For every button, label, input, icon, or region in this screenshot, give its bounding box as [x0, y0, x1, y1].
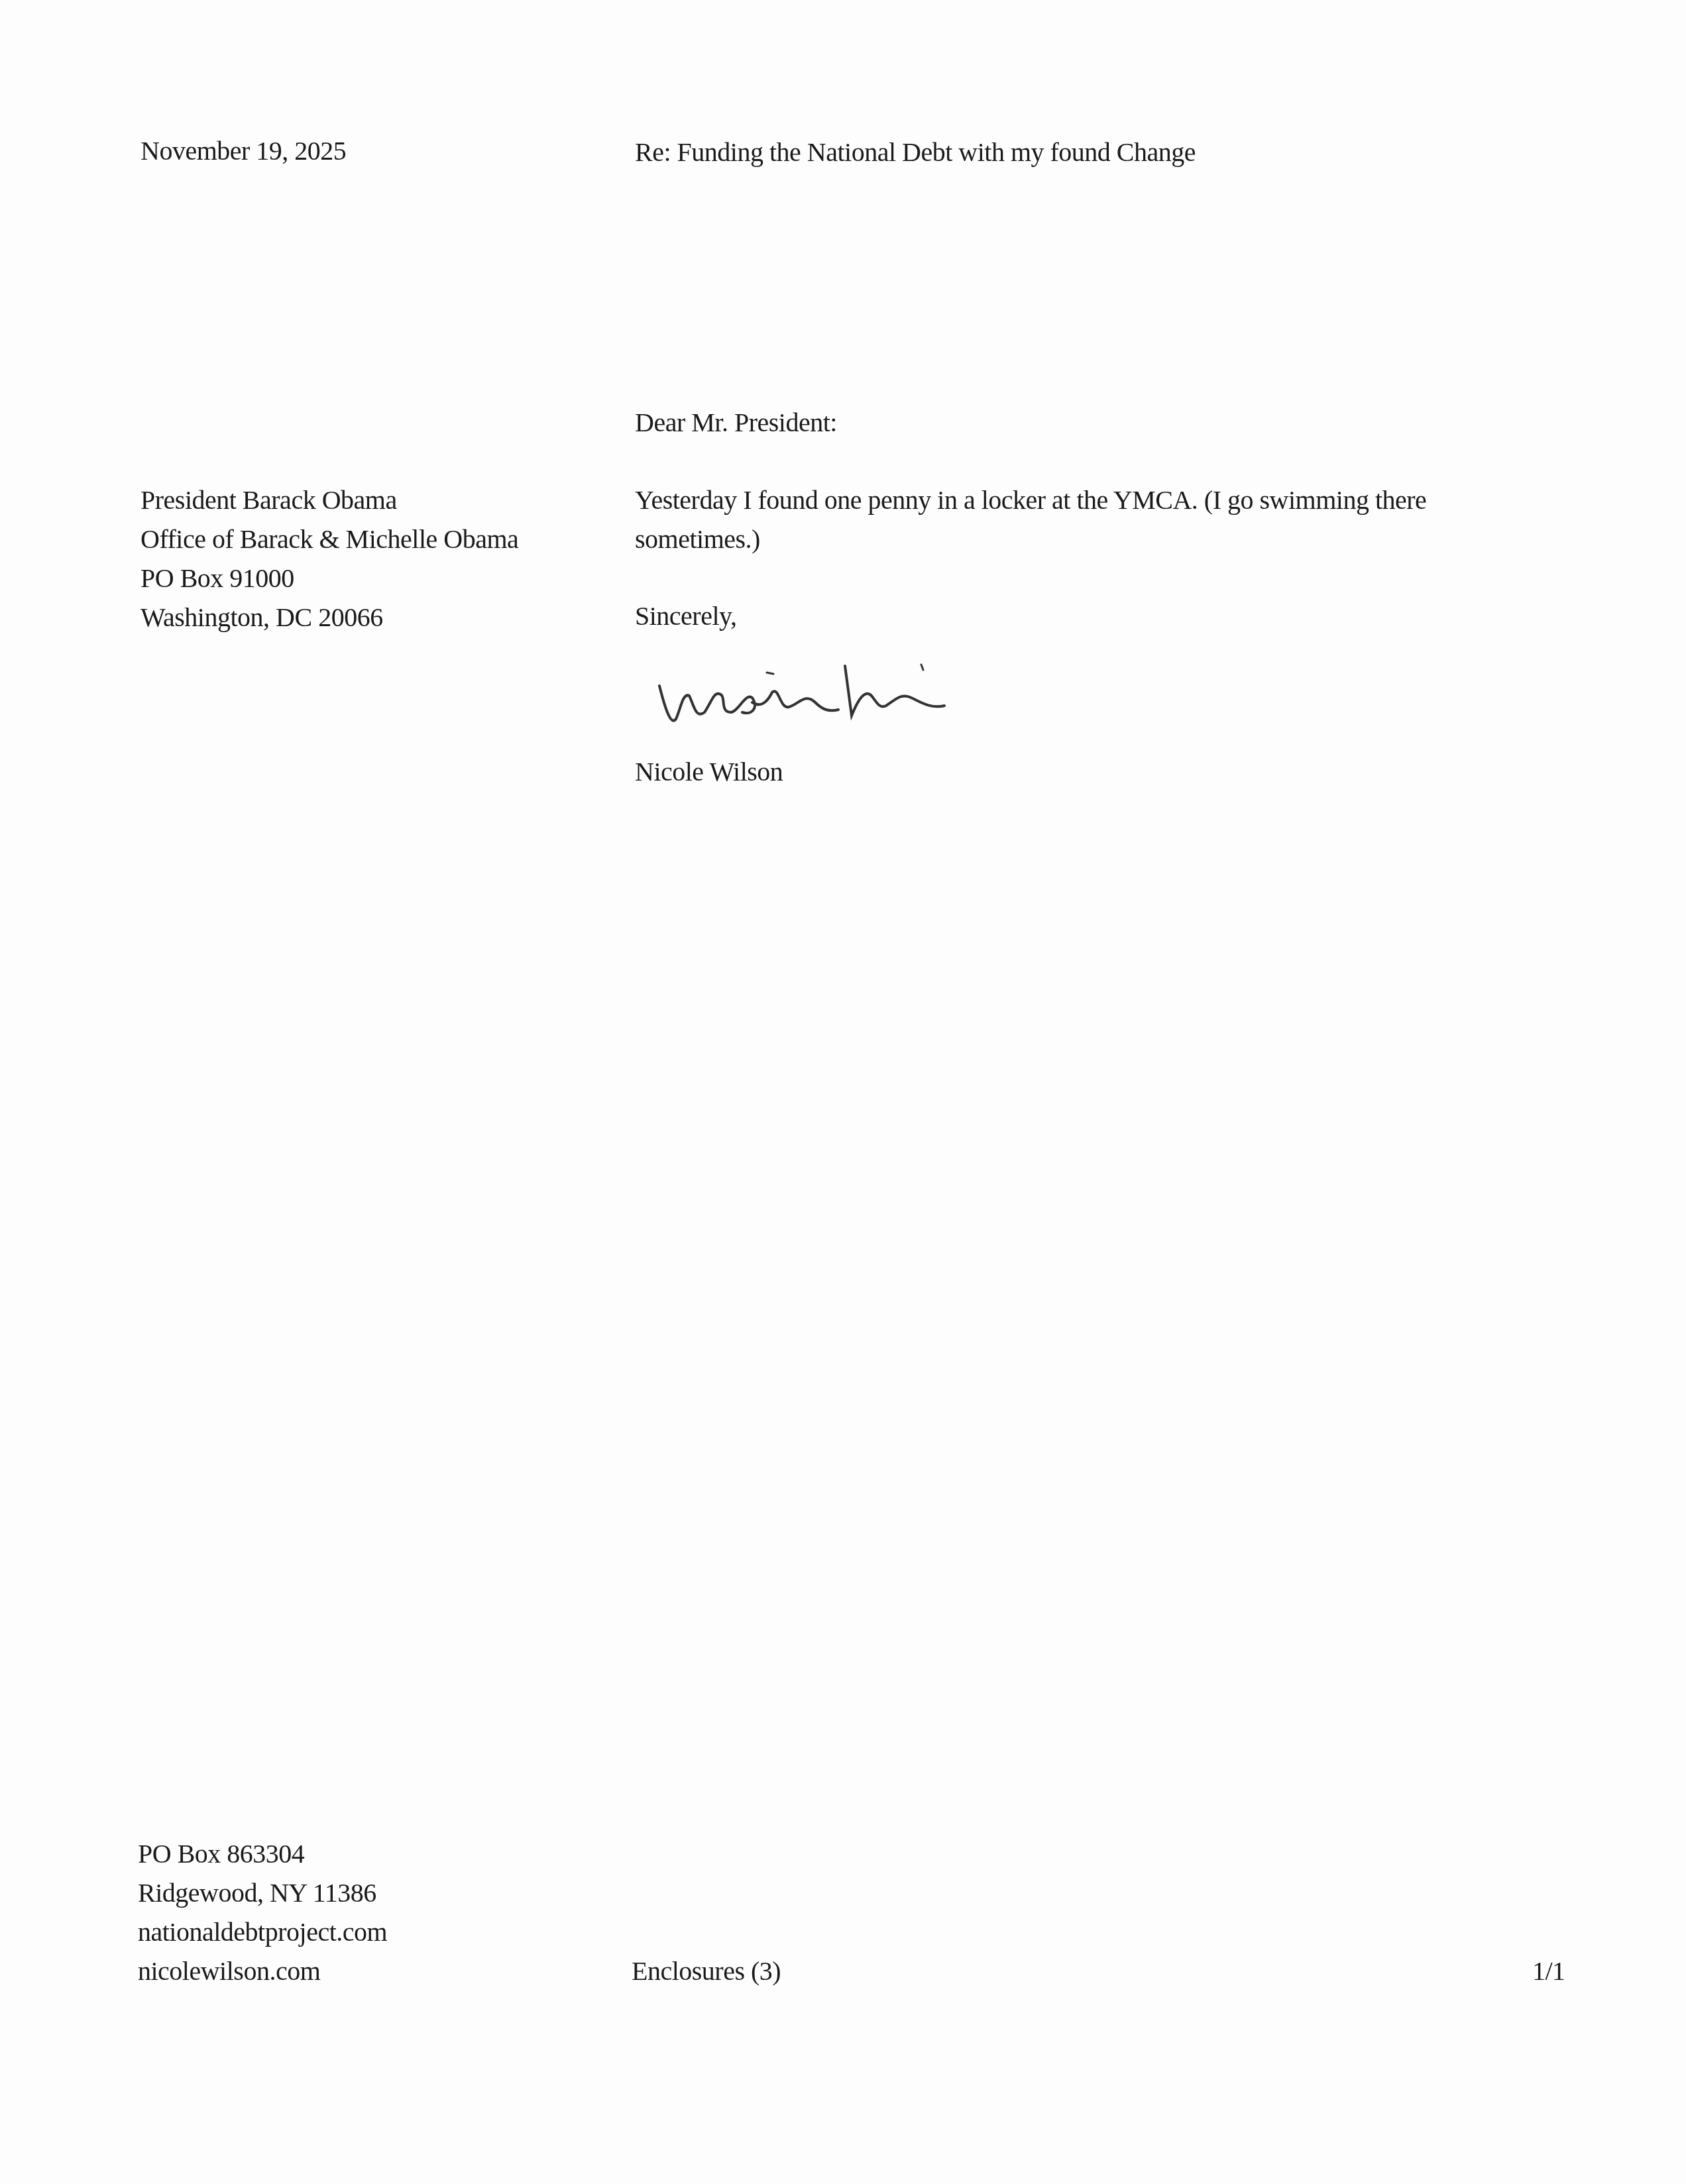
recipient-city: Washington, DC 20066 — [140, 598, 518, 637]
recipient-office: Office of Barack & Michelle Obama — [140, 519, 518, 559]
sender-website-2: nicolewilson.com — [138, 1951, 387, 1991]
sender-city: Ridgewood, NY 11386 — [138, 1873, 387, 1912]
sender-address: PO Box 863304 Ridgewood, NY 11386 nation… — [138, 1834, 387, 1991]
closing: Sincerely, — [635, 596, 736, 635]
letter-body: Yesterday I found one penny in a locker … — [635, 480, 1523, 559]
signer-name: Nicole Wilson — [635, 752, 783, 791]
salutation: Dear Mr. President: — [635, 403, 837, 442]
recipient-address: President Barack Obama Office of Barack … — [140, 480, 518, 637]
sender-website-1: nationaldebtproject.com — [138, 1912, 387, 1951]
recipient-po-box: PO Box 91000 — [140, 559, 518, 598]
letter-date: November 19, 2025 — [140, 131, 346, 170]
signature-icon — [653, 646, 984, 739]
subject-line: Re: Funding the National Debt with my fo… — [635, 133, 1196, 172]
page-number: 1/1 — [1532, 1951, 1565, 1991]
recipient-name: President Barack Obama — [140, 480, 518, 519]
enclosures-note: Enclosures (3) — [632, 1951, 781, 1991]
sender-po-box: PO Box 863304 — [138, 1834, 387, 1873]
